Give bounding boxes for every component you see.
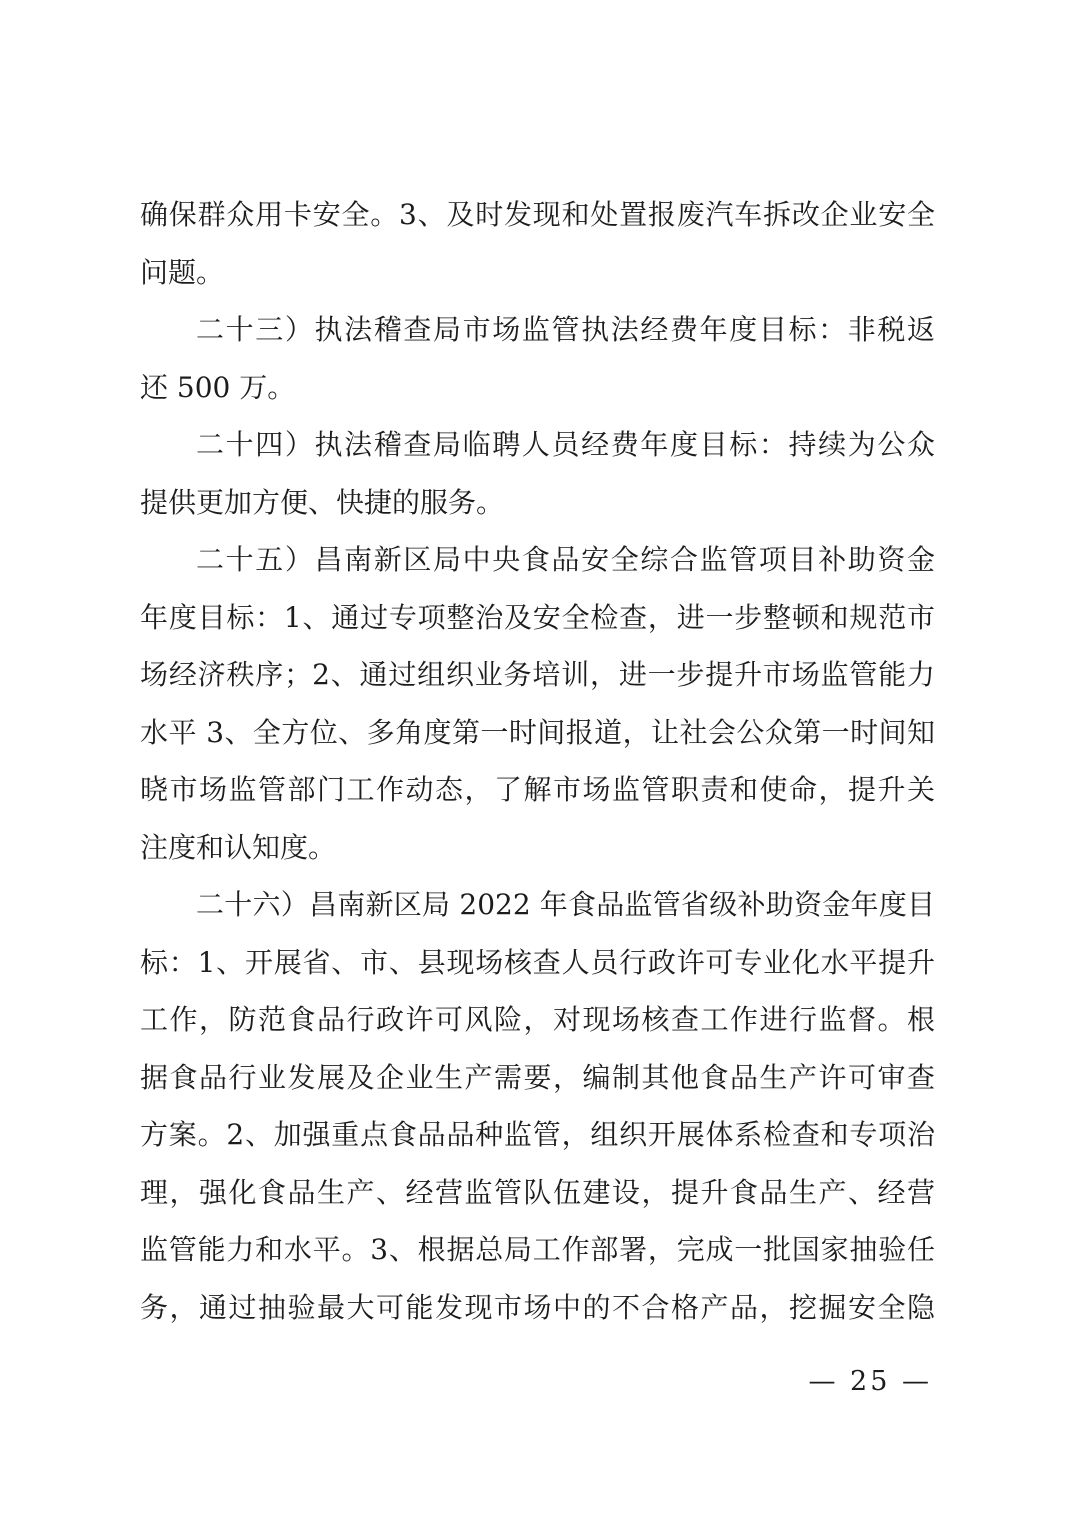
text-line: 晓市场监管部门工作动态，了解市场监管职责和使命，提升关 xyxy=(140,761,935,819)
text-line: 二十六）昌南新区局 2022 年食品监管省级补助资金年度目 xyxy=(140,876,935,934)
page-number: — 25 — xyxy=(808,1362,932,1402)
document-body: 确保群众用卡安全。3、及时发现和处置报废汽车拆改企业安全问题。二十三）执法稽查局… xyxy=(140,186,935,1336)
text-line: 二十三）执法稽查局市场监管执法经费年度目标：非税返 xyxy=(140,301,935,359)
text-line: 二十四）执法稽查局临聘人员经费年度目标：持续为公众 xyxy=(140,416,935,474)
text-line: 理，强化食品生产、经营监管队伍建设，提升食品生产、经营 xyxy=(140,1164,935,1222)
text-line: 确保群众用卡安全。3、及时发现和处置报废汽车拆改企业安全 xyxy=(140,186,935,244)
text-line: 监管能力和水平。3、根据总局工作部署，完成一批国家抽验任 xyxy=(140,1221,935,1279)
text-line: 标：1、开展省、市、县现场核查人员行政许可专业化水平提升 xyxy=(140,934,935,992)
text-line: 还 500 万。 xyxy=(140,359,935,417)
text-line: 工作，防范食品行政许可风险，对现场核查工作进行监督。根 xyxy=(140,991,935,1049)
text-line: 问题。 xyxy=(140,244,935,302)
text-line: 注度和认知度。 xyxy=(140,819,935,877)
text-line: 年度目标：1、通过专项整治及安全检查，进一步整顿和规范市 xyxy=(140,589,935,647)
text-line: 据食品行业发展及企业生产需要，编制其他食品生产许可审查 xyxy=(140,1049,935,1107)
text-line: 场经济秩序；2、通过组织业务培训，进一步提升市场监管能力 xyxy=(140,646,935,704)
text-line: 方案。2、加强重点食品品种监管，组织开展体系检查和专项治 xyxy=(140,1106,935,1164)
text-line: 二十五）昌南新区局中央食品安全综合监管项目补助资金 xyxy=(140,531,935,589)
text-line: 水平 3、全方位、多角度第一时间报道，让社会公众第一时间知 xyxy=(140,704,935,762)
text-line: 务，通过抽验最大可能发现市场中的不合格产品，挖掘安全隐 xyxy=(140,1279,935,1337)
text-line: 提供更加方便、快捷的服务。 xyxy=(140,474,935,532)
document-page: 确保群众用卡安全。3、及时发现和处置报废汽车拆改企业安全问题。二十三）执法稽查局… xyxy=(0,0,1074,1520)
